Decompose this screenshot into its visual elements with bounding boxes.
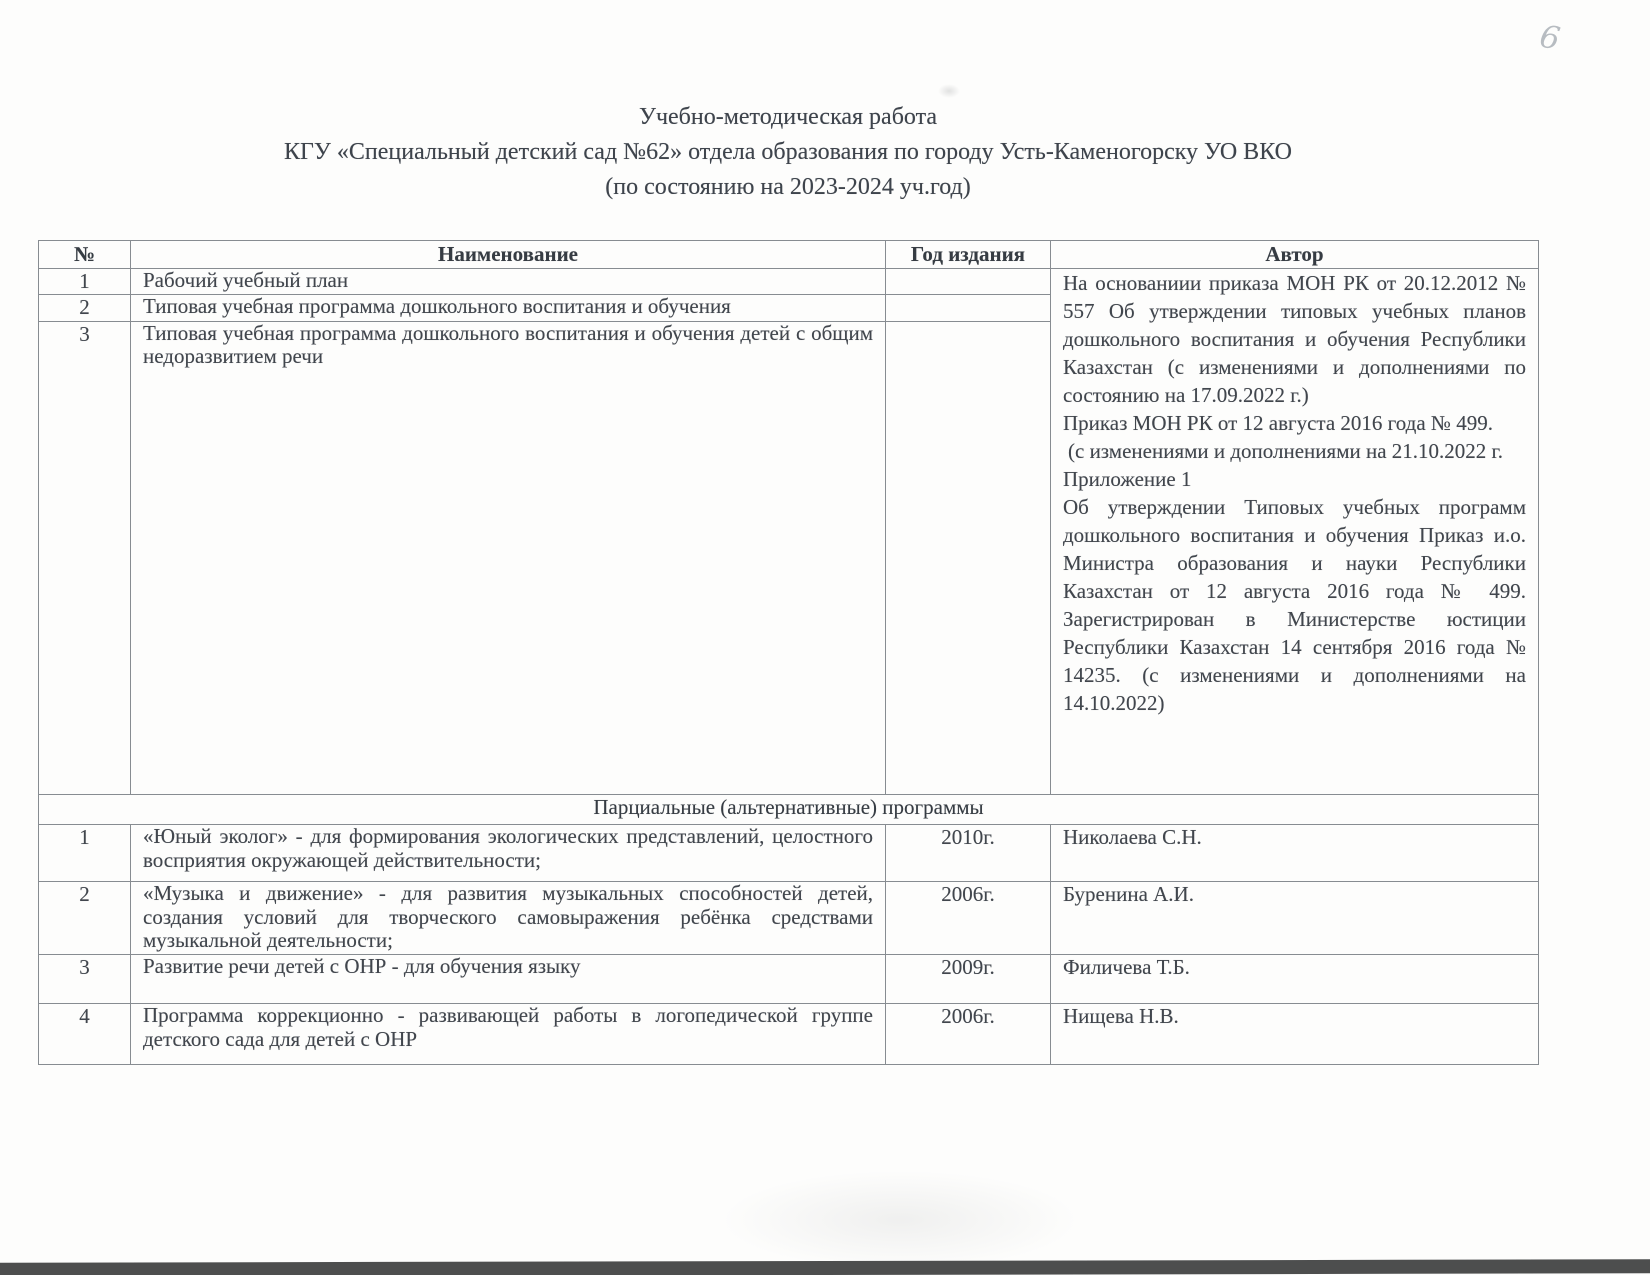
- table-row: 4 Программа коррекционно - развивающей р…: [39, 1004, 1539, 1065]
- handwritten-page-number: 6: [1537, 19, 1563, 58]
- row-year: 2006г.: [886, 1004, 1051, 1065]
- document-title-block: Учебно-методическая работа КГУ «Специаль…: [38, 100, 1538, 205]
- row-number: 4: [39, 1004, 131, 1065]
- row-number: 2: [39, 882, 131, 955]
- table-row: 2 «Музыка и движение» - для развития муз…: [39, 882, 1539, 955]
- row-author: Буренина А.И.: [1051, 882, 1539, 955]
- row-number: 1: [39, 825, 131, 882]
- table-header-row: № Наименование Год издания Автор: [39, 241, 1539, 269]
- table-row: 1 «Юный эколог» - для формирования эколо…: [39, 825, 1539, 882]
- methodical-work-table: № Наименование Год издания Автор 1 Рабоч…: [38, 240, 1539, 1065]
- scan-smudge: [720, 1170, 1080, 1270]
- header-num: №: [39, 241, 131, 269]
- scan-smudge: [938, 84, 960, 98]
- row-year: 2006г.: [886, 882, 1051, 955]
- scanned-document-page: 6 Учебно-методическая работа КГУ «Специа…: [0, 0, 1650, 1275]
- row-year: 2009г.: [886, 955, 1051, 1004]
- row-number: 3: [39, 955, 131, 1004]
- author-paragraph: Приложение 1: [1063, 465, 1526, 493]
- section-title: Парциальные (альтернативные) программы: [39, 795, 1539, 825]
- title-line-2: КГУ «Специальный детский сад №62» отдела…: [38, 135, 1538, 170]
- row-year: [886, 322, 1051, 795]
- author-paragraph: Приказ МОН РК от 12 августа 2016 года № …: [1063, 409, 1526, 437]
- row-year: [886, 269, 1051, 295]
- row-author: Николаева С.Н.: [1051, 825, 1539, 882]
- author-paragraph: Об утверждении Типовых учебных программ …: [1063, 493, 1526, 717]
- table-row: 3 Развитие речи детей с ОНР - для обучен…: [39, 955, 1539, 1004]
- section-header-row: Парциальные (альтернативные) программы: [39, 795, 1539, 825]
- table-row: 1 Рабочий учебный план На основаниии при…: [39, 269, 1539, 295]
- row-number: 2: [39, 295, 131, 322]
- title-line-1: Учебно-методическая работа: [38, 100, 1538, 135]
- header-name: Наименование: [131, 241, 886, 269]
- title-line-3: (по состоянию на 2023-2024 уч.год): [38, 170, 1538, 205]
- header-year: Год издания: [886, 241, 1051, 269]
- row-name: Программа коррекционно - развивающей раб…: [131, 1004, 886, 1065]
- row-name: Типовая учебная программа дошкольного во…: [131, 322, 886, 795]
- row-name: Типовая учебная программа дошкольного во…: [131, 295, 886, 322]
- row-author: Филичева Т.Б.: [1051, 955, 1539, 1004]
- scanner-edge-strip: [0, 1259, 1650, 1275]
- author-merged-cell: На основаниии приказа МОН РК от 20.12.20…: [1051, 269, 1539, 795]
- header-author: Автор: [1051, 241, 1539, 269]
- row-author: Нищева Н.В.: [1051, 1004, 1539, 1065]
- row-name: «Музыка и движение» - для развития музык…: [131, 882, 886, 955]
- row-number: 3: [39, 322, 131, 795]
- row-name: «Юный эколог» - для формирования экологи…: [131, 825, 886, 882]
- row-name: Развитие речи детей с ОНР - для обучения…: [131, 955, 886, 1004]
- row-year: 2010г.: [886, 825, 1051, 882]
- author-paragraph: (с изменениями и дополнениями на 21.10.2…: [1063, 437, 1526, 465]
- author-paragraph: На основаниии приказа МОН РК от 20.12.20…: [1063, 269, 1526, 409]
- row-year: [886, 295, 1051, 322]
- row-number: 1: [39, 269, 131, 295]
- row-name: Рабочий учебный план: [131, 269, 886, 295]
